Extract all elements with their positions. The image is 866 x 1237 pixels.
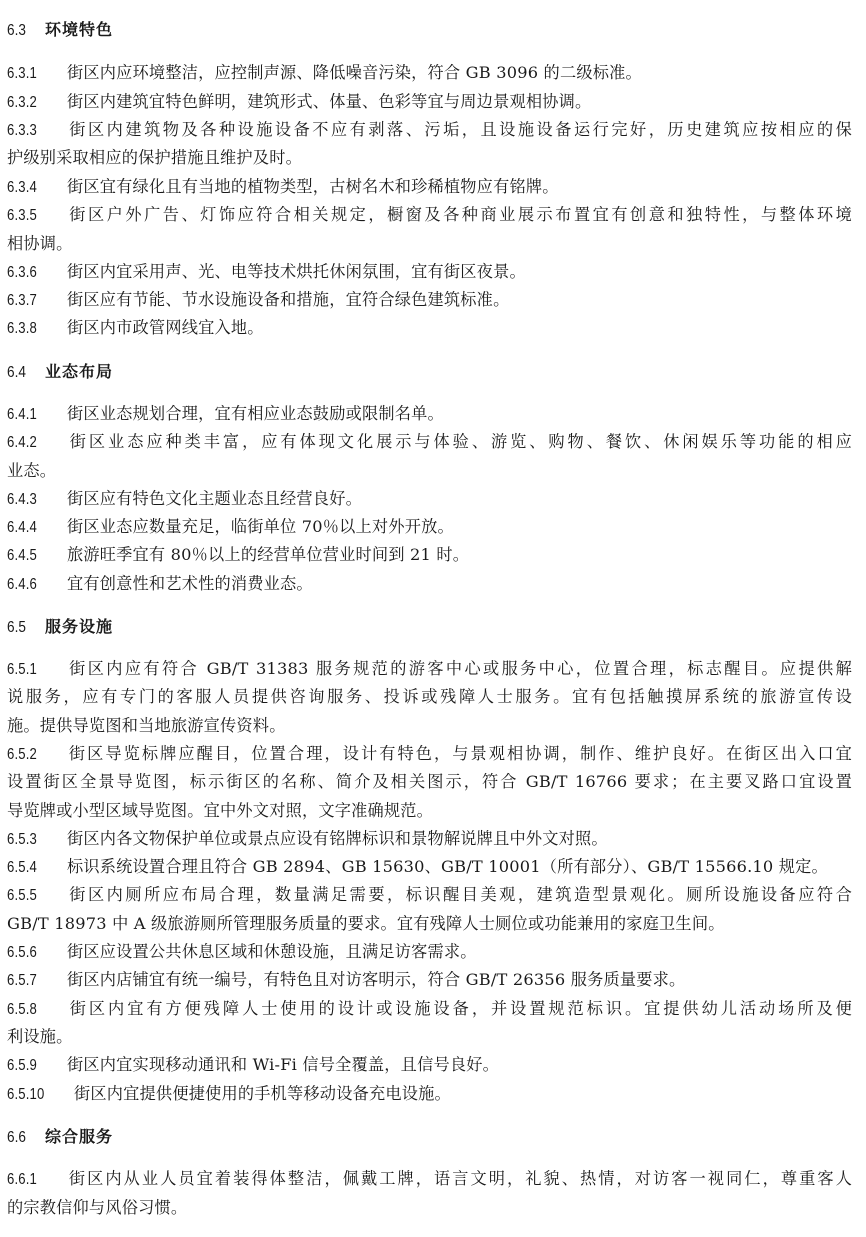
clause-number: 6.5.4 (7, 858, 43, 878)
clause-text: 业态。 (7, 461, 56, 480)
clause-line: 6.5.5街区内厕所应布局合理，数量满足需要，标识醒目美观，建筑造型景观化。厕所… (7, 885, 852, 905)
clause-number: 6.5.2 (7, 745, 43, 765)
clause-text: 护级别采取相应的保护措施且维护及时。 (7, 148, 302, 167)
clause-line: 6.4.1街区业态规划合理，宜有相应业态鼓励或限制名单。 (7, 404, 852, 424)
clause-text: 街区内建筑物及各种设施设备不应有剥落、污垢，且设施设备运行完好，历史建筑应按相应… (67, 120, 852, 139)
clause-text: GB/T 18973 中 A 级旅游厕所管理服务质量的要求。宜有残障人士厕位或功… (7, 914, 725, 933)
clause-text: 街区内应环境整洁，应控制声源、降低噪音污染，符合 GB 3096 的二级标准。 (67, 63, 642, 82)
section-heading: 6.4业态布局 (7, 362, 113, 383)
clause-line: 6.4.2街区业态应种类丰富，应有体现文化展示与体验、游览、购物、餐饮、休闲娱乐… (7, 432, 852, 452)
clause-continuation-line: 相协调。 (7, 234, 852, 254)
clause-text: 街区内市政管网线宜入地。 (67, 318, 264, 337)
clause-number: 6.3.6 (7, 263, 43, 283)
clause-text: 街区内宜有方便残障人士使用的设计或设施设备，并设置规范标识。宜提供幼儿活动场所及… (67, 999, 852, 1018)
clause-number: 6.4.1 (7, 405, 43, 425)
clause-line: 6.3.6街区内宜采用声、光、电等技术烘托休闲氛围，宜有街区夜景。 (7, 262, 852, 282)
clause-text: 街区内厕所应布局合理，数量满足需要，标识醒目美观，建筑造型景观化。厕所设施设备应… (67, 885, 852, 904)
clause-text: 标识系统设置合理且符合 GB 2894、GB 15630、GB/T 10001（… (67, 857, 828, 876)
clause-text: 街区内宜实现移动通讯和 Wi-Fi 信号全覆盖，且信号良好。 (67, 1055, 499, 1074)
clause-line: 6.4.5旅游旺季宜有 80％以上的经营单位营业时间到 21 时。 (7, 545, 852, 565)
clause-text: 街区应设置公共休息区域和休憩设施，且满足访客需求。 (67, 942, 477, 961)
clause-continuation-line: GB/T 18973 中 A 级旅游厕所管理服务质量的要求。宜有残障人士厕位或功… (7, 914, 852, 934)
clause-continuation-line: 业态。 (7, 461, 852, 481)
clause-text: 街区内宜提供便捷使用的手机等移动设备充电设施。 (74, 1084, 451, 1103)
clause-number: 6.3.8 (7, 319, 43, 339)
clause-number: 6.4.3 (7, 490, 43, 510)
clause-line: 6.5.3街区内各文物保护单位或景点应设有铭牌标识和景物解说牌且中外文对照。 (7, 829, 852, 849)
clause-number: 6.5.7 (7, 971, 43, 991)
clause-number: 6.5.6 (7, 943, 43, 963)
clause-line: 6.3.2街区内建筑宜特色鲜明，建筑形式、体量、色彩等宜与周边景观相协调。 (7, 92, 852, 112)
clause-number: 6.4.6 (7, 575, 43, 595)
clause-line: 6.5.8街区内宜有方便残障人士使用的设计或设施设备，并设置规范标识。宜提供幼儿… (7, 999, 852, 1019)
clause-number: 6.5.9 (7, 1056, 43, 1076)
clause-text: 街区业态应数量充足，临街单位 70％以上对外开放。 (67, 517, 454, 536)
clause-number: 6.4.4 (7, 518, 43, 538)
clause-line: 6.5.4标识系统设置合理且符合 GB 2894、GB 15630、GB/T 1… (7, 857, 852, 877)
clause-number: 6.4.2 (7, 433, 43, 453)
clause-continuation-line: 施。提供导览图和当地旅游宣传资料。 (7, 716, 852, 736)
clause-continuation-line: 的宗教信仰与风俗习惯。 (7, 1198, 852, 1218)
clause-text: 街区应有特色文化主题业态且经营良好。 (67, 489, 362, 508)
section-title: 服务设施 (45, 617, 113, 636)
section-title: 环境特色 (45, 20, 113, 39)
clause-line: 6.3.3街区内建筑物及各种设施设备不应有剥落、污垢，且设施设备运行完好，历史建… (7, 120, 852, 140)
clause-continuation-line: 设置街区全景导览图，标示街区的名称、简介及相关图示，符合 GB/T 16766 … (7, 772, 852, 792)
clause-text: 宜有创意性和艺术性的消费业态。 (67, 574, 313, 593)
clause-number: 6.5.1 (7, 660, 43, 680)
clause-line: 6.5.2街区导览标牌应醒目，位置合理，设计有特色，与景观相协调，制作、维护良好… (7, 744, 852, 764)
section-heading: 6.3环境特色 (7, 20, 113, 41)
clause-line: 6.4.6宜有创意性和艺术性的消费业态。 (7, 574, 852, 594)
clause-text: 设置街区全景导览图，标示街区的名称、简介及相关图示，符合 GB/T 16766 … (7, 772, 852, 791)
clause-line: 6.6.1街区内从业人员宜着装得体整洁，佩戴工牌，语言文明，礼貌、热情，对访客一… (7, 1169, 852, 1189)
clause-text: 利设施。 (7, 1027, 73, 1046)
clause-line: 6.5.10街区内宜提供便捷使用的手机等移动设备充电设施。 (7, 1084, 852, 1104)
clause-text: 街区内宜采用声、光、电等技术烘托休闲氛围，宜有街区夜景。 (67, 262, 526, 281)
clause-line: 6.3.8街区内市政管网线宜入地。 (7, 318, 852, 338)
section-title: 综合服务 (45, 1127, 113, 1146)
section-number: 6.3 (7, 21, 39, 41)
clause-text: 旅游旺季宜有 80％以上的经营单位营业时间到 21 时。 (67, 545, 469, 564)
clause-text: 导览牌或小型区域导览图。宜中外文对照，文字准确规范。 (7, 801, 433, 820)
section-number: 6.5 (7, 618, 39, 638)
clause-line: 6.3.5街区户外广告、灯饰应符合相关规定，橱窗及各种商业展示布置宜有创意和独特… (7, 205, 852, 225)
clause-text: 街区宜有绿化且有当地的植物类型，古树名木和珍稀植物应有铭牌。 (67, 177, 559, 196)
clause-text: 相协调。 (7, 234, 73, 253)
clause-number: 6.6.1 (7, 1170, 43, 1190)
section-heading: 6.6综合服务 (7, 1127, 113, 1148)
clause-text: 的宗教信仰与风俗习惯。 (7, 1198, 187, 1217)
clause-text: 街区内店铺宜有统一编号，有特色且对访客明示，符合 GB/T 26356 服务质量… (67, 970, 685, 989)
clause-text: 街区内各文物保护单位或景点应设有铭牌标识和景物解说牌且中外文对照。 (67, 829, 608, 848)
clause-number: 6.3.1 (7, 64, 43, 84)
clause-line: 6.5.9街区内宜实现移动通讯和 Wi-Fi 信号全覆盖，且信号良好。 (7, 1055, 852, 1075)
document-page: 6.3环境特色6.3.1街区内应环境整洁，应控制声源、降低噪音污染，符合 GB … (0, 0, 866, 1237)
section-number: 6.6 (7, 1128, 39, 1148)
clause-number: 6.3.5 (7, 206, 43, 226)
clause-continuation-line: 说服务，应有专门的客服人员提供咨询服务、投诉或残障人士服务。宜有包括触摸屏系统的… (7, 687, 852, 707)
clause-text: 街区业态应种类丰富，应有体现文化展示与体验、游览、购物、餐饮、休闲娱乐等功能的相… (67, 432, 852, 451)
clause-text: 街区业态规划合理，宜有相应业态鼓励或限制名单。 (67, 404, 444, 423)
clause-continuation-line: 导览牌或小型区域导览图。宜中外文对照，文字准确规范。 (7, 801, 852, 821)
clause-number: 6.4.5 (7, 546, 43, 566)
clause-text: 说服务，应有专门的客服人员提供咨询服务、投诉或残障人士服务。宜有包括触摸屏系统的… (7, 687, 852, 706)
clause-continuation-line: 利设施。 (7, 1027, 852, 1047)
clause-line: 6.3.1街区内应环境整洁，应控制声源、降低噪音污染，符合 GB 3096 的二… (7, 63, 852, 83)
clause-number: 6.5.8 (7, 1000, 43, 1020)
section-heading: 6.5服务设施 (7, 617, 113, 638)
clause-number: 6.5.3 (7, 830, 43, 850)
clause-text: 街区内应有符合 GB/T 31383 服务规范的游客中心或服务中心，位置合理，标… (67, 659, 852, 678)
clause-line: 6.4.3街区应有特色文化主题业态且经营良好。 (7, 489, 852, 509)
clause-continuation-line: 护级别采取相应的保护措施且维护及时。 (7, 148, 852, 168)
clause-text: 施。提供导览图和当地旅游宣传资料。 (7, 716, 286, 735)
clause-text: 街区内从业人员宜着装得体整洁，佩戴工牌，语言文明，礼貌、热情，对访客一视同仁，尊… (67, 1169, 852, 1188)
clause-number: 6.3.7 (7, 291, 43, 311)
clause-number: 6.3.2 (7, 93, 43, 113)
clause-line: 6.5.1街区内应有符合 GB/T 31383 服务规范的游客中心或服务中心，位… (7, 659, 852, 679)
clause-line: 6.3.4街区宜有绿化且有当地的植物类型，古树名木和珍稀植物应有铭牌。 (7, 177, 852, 197)
clause-line: 6.3.7街区应有节能、节水设施设备和措施，宜符合绿色建筑标准。 (7, 290, 852, 310)
clause-line: 6.5.6街区应设置公共休息区域和休憩设施，且满足访客需求。 (7, 942, 852, 962)
clause-number: 6.3.3 (7, 121, 43, 141)
clause-text: 街区导览标牌应醒目，位置合理，设计有特色，与景观相协调，制作、维护良好。在街区出… (67, 744, 852, 763)
section-number: 6.4 (7, 363, 39, 383)
clause-line: 6.4.4街区业态应数量充足，临街单位 70％以上对外开放。 (7, 517, 852, 537)
clause-text: 街区内建筑宜特色鲜明，建筑形式、体量、色彩等宜与周边景观相协调。 (67, 92, 591, 111)
clause-text: 街区户外广告、灯饰应符合相关规定，橱窗及各种商业展示布置宜有创意和独特性，与整体… (67, 205, 852, 224)
clause-number: 6.3.4 (7, 178, 43, 198)
clause-number: 6.5.5 (7, 886, 43, 906)
clause-line: 6.5.7街区内店铺宜有统一编号，有特色且对访客明示，符合 GB/T 26356… (7, 970, 852, 990)
section-title: 业态布局 (45, 362, 113, 381)
clause-number: 6.5.10 (7, 1085, 50, 1105)
clause-text: 街区应有节能、节水设施设备和措施，宜符合绿色建筑标准。 (67, 290, 509, 309)
